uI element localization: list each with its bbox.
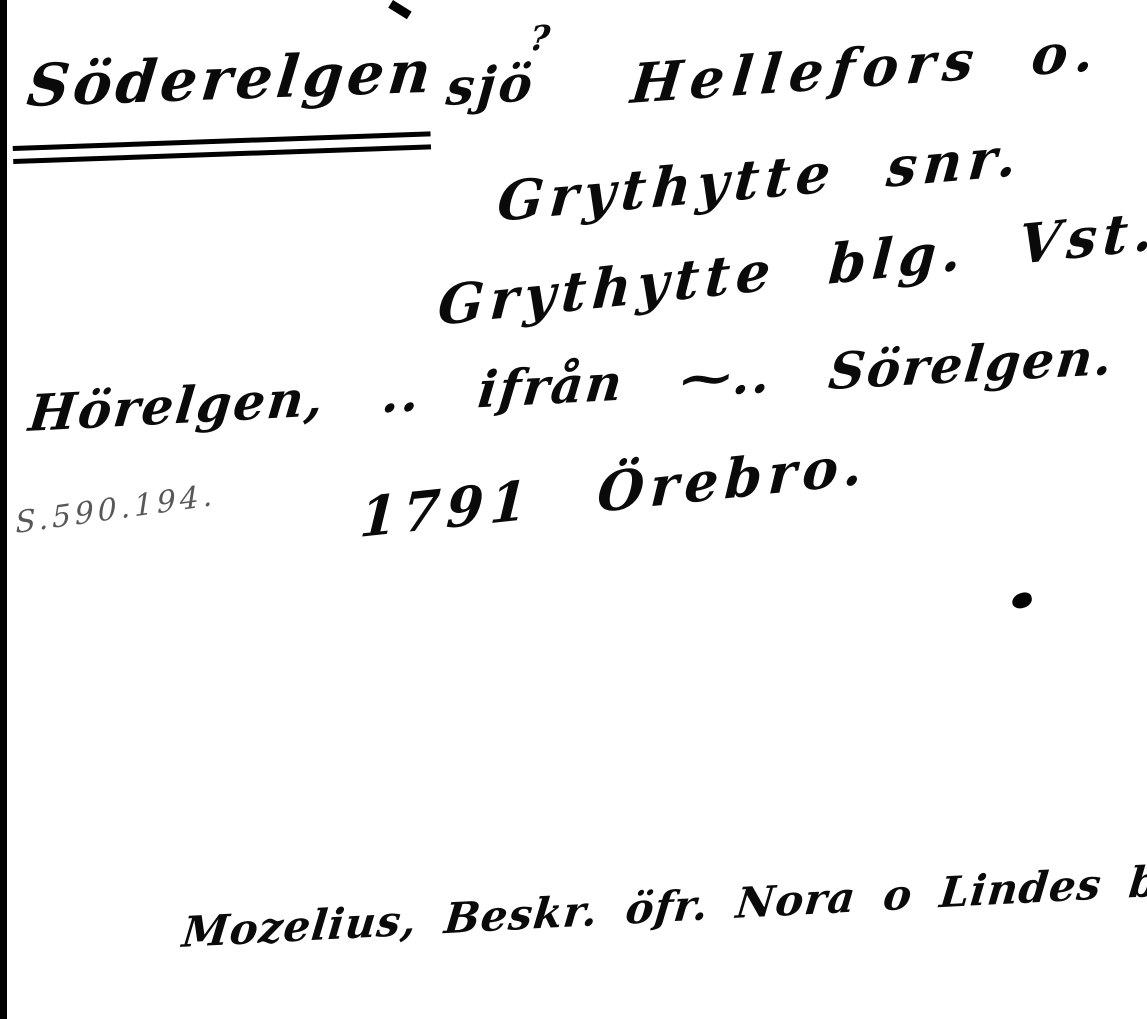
parish-line-1: Hellefors o. (628, 18, 1105, 116)
archive-card: Söderelgen sjö ? Hellefors o. Grythytte … (0, 0, 1147, 1019)
question-mark: ? (528, 18, 554, 59)
parish-line-2: Grythytte snr. (495, 123, 1025, 234)
source-citation: Mozelius, Beskr. öfr. Nora o Lindes blg. (180, 853, 1147, 957)
headword-type: sjö ? (444, 53, 538, 117)
headword-double-underline (13, 131, 431, 164)
card-left-edge-line (0, 0, 7, 1019)
margin-reference: S.590.194. (15, 478, 217, 541)
variant-forms-line: Hörelgen, .. ifrån ⁓.. Sörelgen. (26, 327, 1117, 443)
headword: Söderelgen (24, 37, 438, 120)
year-and-place: 1791 Örebro. (358, 432, 870, 550)
ink-mark-top (388, 0, 411, 19)
ink-blot (1011, 591, 1034, 610)
headword-type-label: sjö (444, 53, 538, 117)
